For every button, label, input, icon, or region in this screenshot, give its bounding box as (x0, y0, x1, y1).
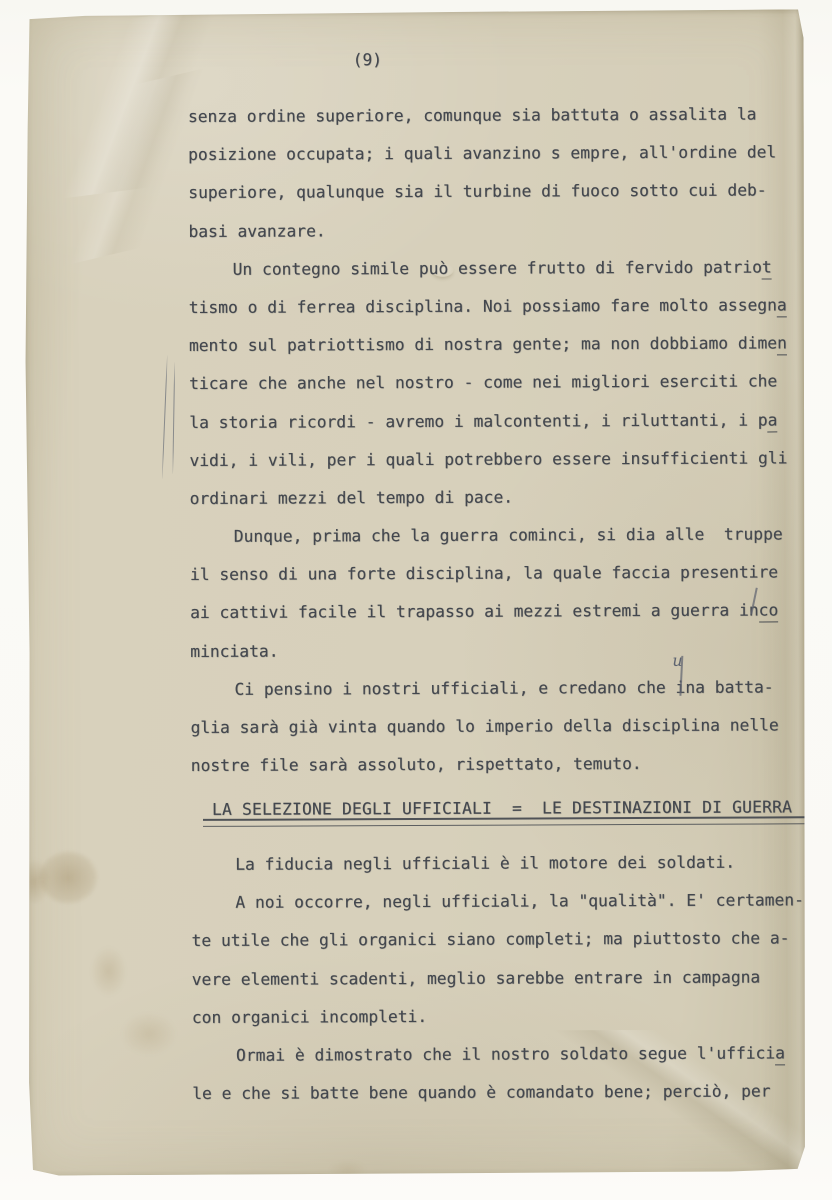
text-block-upper: senza ordine superiore, comunque sia bat… (188, 95, 797, 785)
typed-text-underlined: t (762, 257, 772, 279)
typed-line: la storia ricordi - avremo i malcontenti… (189, 401, 795, 442)
typed-line: Ormai è dimostrato che il nostro soldato… (192, 1034, 798, 1075)
typed-text: La fiducia negli ufficiali è il motore d… (235, 853, 735, 874)
typed-text: Un contegno simile può essere frutto di … (233, 257, 762, 278)
text-block-lower: La fiducia negli ufficiali è il motore d… (191, 843, 798, 1113)
typed-text: vere elementi scadenti, meglio sarebbe e… (192, 967, 761, 988)
typed-text: Ci pensino i nostri ufficiali, e credano… (234, 678, 675, 699)
typed-text: ordinari mezzi del tempo di pace. (190, 487, 514, 507)
typed-line: superiore, qualunque sia il turbine di f… (188, 172, 794, 213)
typed-text-underlined: co (759, 601, 779, 623)
pencil-margin-line (172, 362, 175, 474)
typed-line: il senso di una forte disciplina, la qua… (190, 554, 796, 595)
typed-text: n (749, 592, 759, 630)
typed-line: Ci pensino i nostri ufficiali, e credano… (190, 668, 796, 709)
typed-text: vidi, i vili, per i quali potrebbero ess… (189, 448, 787, 470)
typed-line: glia sarà già vinta quando lo imperio de… (191, 706, 797, 747)
typed-line: vere elementi scadenti, meglio sarebbe e… (192, 958, 798, 999)
typed-line: La fiducia negli ufficiali è il motore d… (191, 843, 797, 884)
typed-text: iu (675, 669, 685, 707)
typed-line: ai cattivi facile il trapasso ai mezzi e… (190, 592, 796, 633)
typed-line: le e che si batte bene quando è comandat… (192, 1072, 798, 1113)
typed-text-underlined: a (768, 410, 778, 432)
typed-text: basi avanzare. (188, 221, 325, 241)
typed-text-underlined: a (775, 1043, 785, 1065)
stain (91, 946, 127, 996)
typed-text: Ormai è dimostrato che il nostro soldato… (236, 1043, 775, 1064)
typed-line: minciata. (190, 630, 796, 671)
typed-text: il senso di una forte disciplina, la qua… (190, 563, 778, 585)
pencil-strike-mark (750, 588, 757, 615)
typed-text: senza ordine superiore, comunque sia bat… (188, 105, 757, 126)
typed-line: ticare che anche nel nostro - come nei m… (189, 363, 795, 404)
typed-text: con organici incompleti. (192, 1007, 427, 1027)
typed-line: te utile che gli organici siano completi… (191, 920, 797, 961)
typed-line: A noi occorre, negli ufficiali, la "qual… (191, 882, 797, 923)
typed-line: basi avanzare. (188, 210, 794, 251)
typed-line: vidi, i vili, per i quali potrebbero ess… (189, 439, 795, 480)
typed-text: na batta- (685, 677, 773, 696)
typed-text: superiore, qualunque sia il turbine di f… (188, 181, 766, 203)
typed-text: A noi occorre, negli ufficiali, la "qual… (235, 890, 804, 911)
typed-text: ticare che anche nel nostro - come nei m… (189, 372, 777, 394)
page-number: (9) (353, 41, 383, 79)
typed-text: glia sarà già vinta quando lo imperio de… (191, 715, 779, 737)
typed-line: Un contegno simile può essere frutto di … (189, 248, 795, 289)
typed-line: mento sul patriottismo di nostra gente; … (189, 324, 795, 365)
typewritten-page: (9) senza ordine superiore, comunque sia… (22, 9, 808, 1175)
typed-text: le e che si batte bene quando è comandat… (192, 1082, 770, 1104)
typed-line: senza ordine superiore, comunque sia bat… (188, 95, 794, 136)
typed-text-underlined: a (777, 295, 787, 317)
typed-line: ordinari mezzi del tempo di pace. (190, 477, 796, 518)
typed-text: te utile che gli organici siano completi… (191, 929, 789, 951)
typed-text: tismo o di ferrea disciplina. Noi possia… (189, 295, 777, 317)
typed-text: nostre file sarà assoluto, rispettato, t… (191, 754, 642, 775)
typed-line: con organici incompleti. (192, 996, 798, 1037)
typed-text: la storia ricordi - avremo i malcontenti… (189, 410, 767, 432)
typed-line: tismo o di ferrea disciplina. Noi possia… (189, 286, 795, 327)
pencil-margin-line (162, 355, 168, 479)
typed-text: Dunque, prima che la guerra cominci, si … (234, 524, 783, 545)
typed-line: nostre file sarà assoluto, rispettato, t… (191, 745, 797, 786)
typed-text: minciata. (190, 641, 278, 660)
typed-text: ai cattivi facile il trapasso ai mezzi e… (190, 601, 749, 622)
typed-text: mento sul patriottismo di nostra gente; … (189, 334, 777, 356)
typed-text: posizione occupata; i quali avanzino s e… (188, 143, 776, 165)
stain (121, 1012, 177, 1056)
typed-text-underlined: n (777, 334, 787, 356)
typed-line: Dunque, prima che la guerra cominci, si … (190, 515, 796, 556)
typed-line: posizione occupata; i quali avanzino s e… (188, 134, 794, 175)
